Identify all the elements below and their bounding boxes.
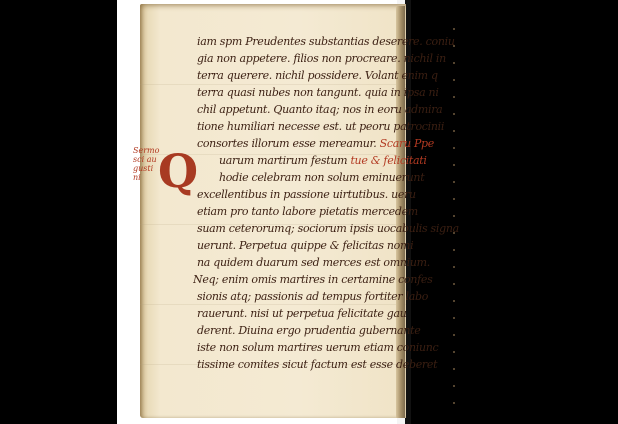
text-line: suam ceterorumq; sociorum ipsis uocabuli… [197, 220, 462, 237]
text-line: hodie celebram non solum eminuerunt [197, 169, 462, 186]
text-line: derent. Diuina ergo prudentia gubernante [197, 322, 462, 339]
text-line: na quidem duarum sed merces est omnium. [197, 254, 462, 271]
text-line: iam spm Preudentes substantias deserere.… [197, 33, 462, 50]
text-block: iam spm Preudentes substantias deserere.… [197, 33, 462, 373]
prick-hole [453, 402, 455, 404]
rubric-text: Scaru Ppe [380, 137, 434, 150]
text-line: tione humiliari necesse est. ut peoru pa… [197, 118, 462, 135]
decorated-initial: Q [158, 149, 196, 193]
text-line: chil appetunt. Quanto itaq; nos in eoru … [197, 101, 462, 118]
rubric-text: tue & felicitati [350, 154, 426, 167]
text-line: rauerunt. nisi ut perpetua felicitate ga… [197, 305, 462, 322]
text-line: terra quasi nubes non tangunt. quia in i… [197, 84, 462, 101]
text-line: terra querere. nichil possidere. Volant … [197, 67, 462, 84]
text-line: Neq; enim omis martires in certamine con… [193, 271, 462, 288]
text-line: uarum martirum festum tue & felicitati [197, 152, 462, 169]
text-line: uerunt. Perpetua quippe & felicitas nomi [197, 237, 462, 254]
text-line: gia non appetere. filios non procreare. … [197, 50, 462, 67]
prick-hole [453, 28, 455, 30]
prick-hole [453, 385, 455, 387]
text-line: etiam pro tanto labore pietatis mercedem [197, 203, 462, 220]
text-line: tissime comites sicut factum est esse de… [197, 356, 462, 373]
text-line: iste non solum martires uerum etiam coni… [197, 339, 462, 356]
text-line: sionis atq; passionis ad tempus fortiter… [197, 288, 462, 305]
text-line: excellentibus in passione uirtutibus. ue… [197, 186, 462, 203]
text-line: consortes illorum esse mereamur. Scaru P… [197, 135, 462, 152]
